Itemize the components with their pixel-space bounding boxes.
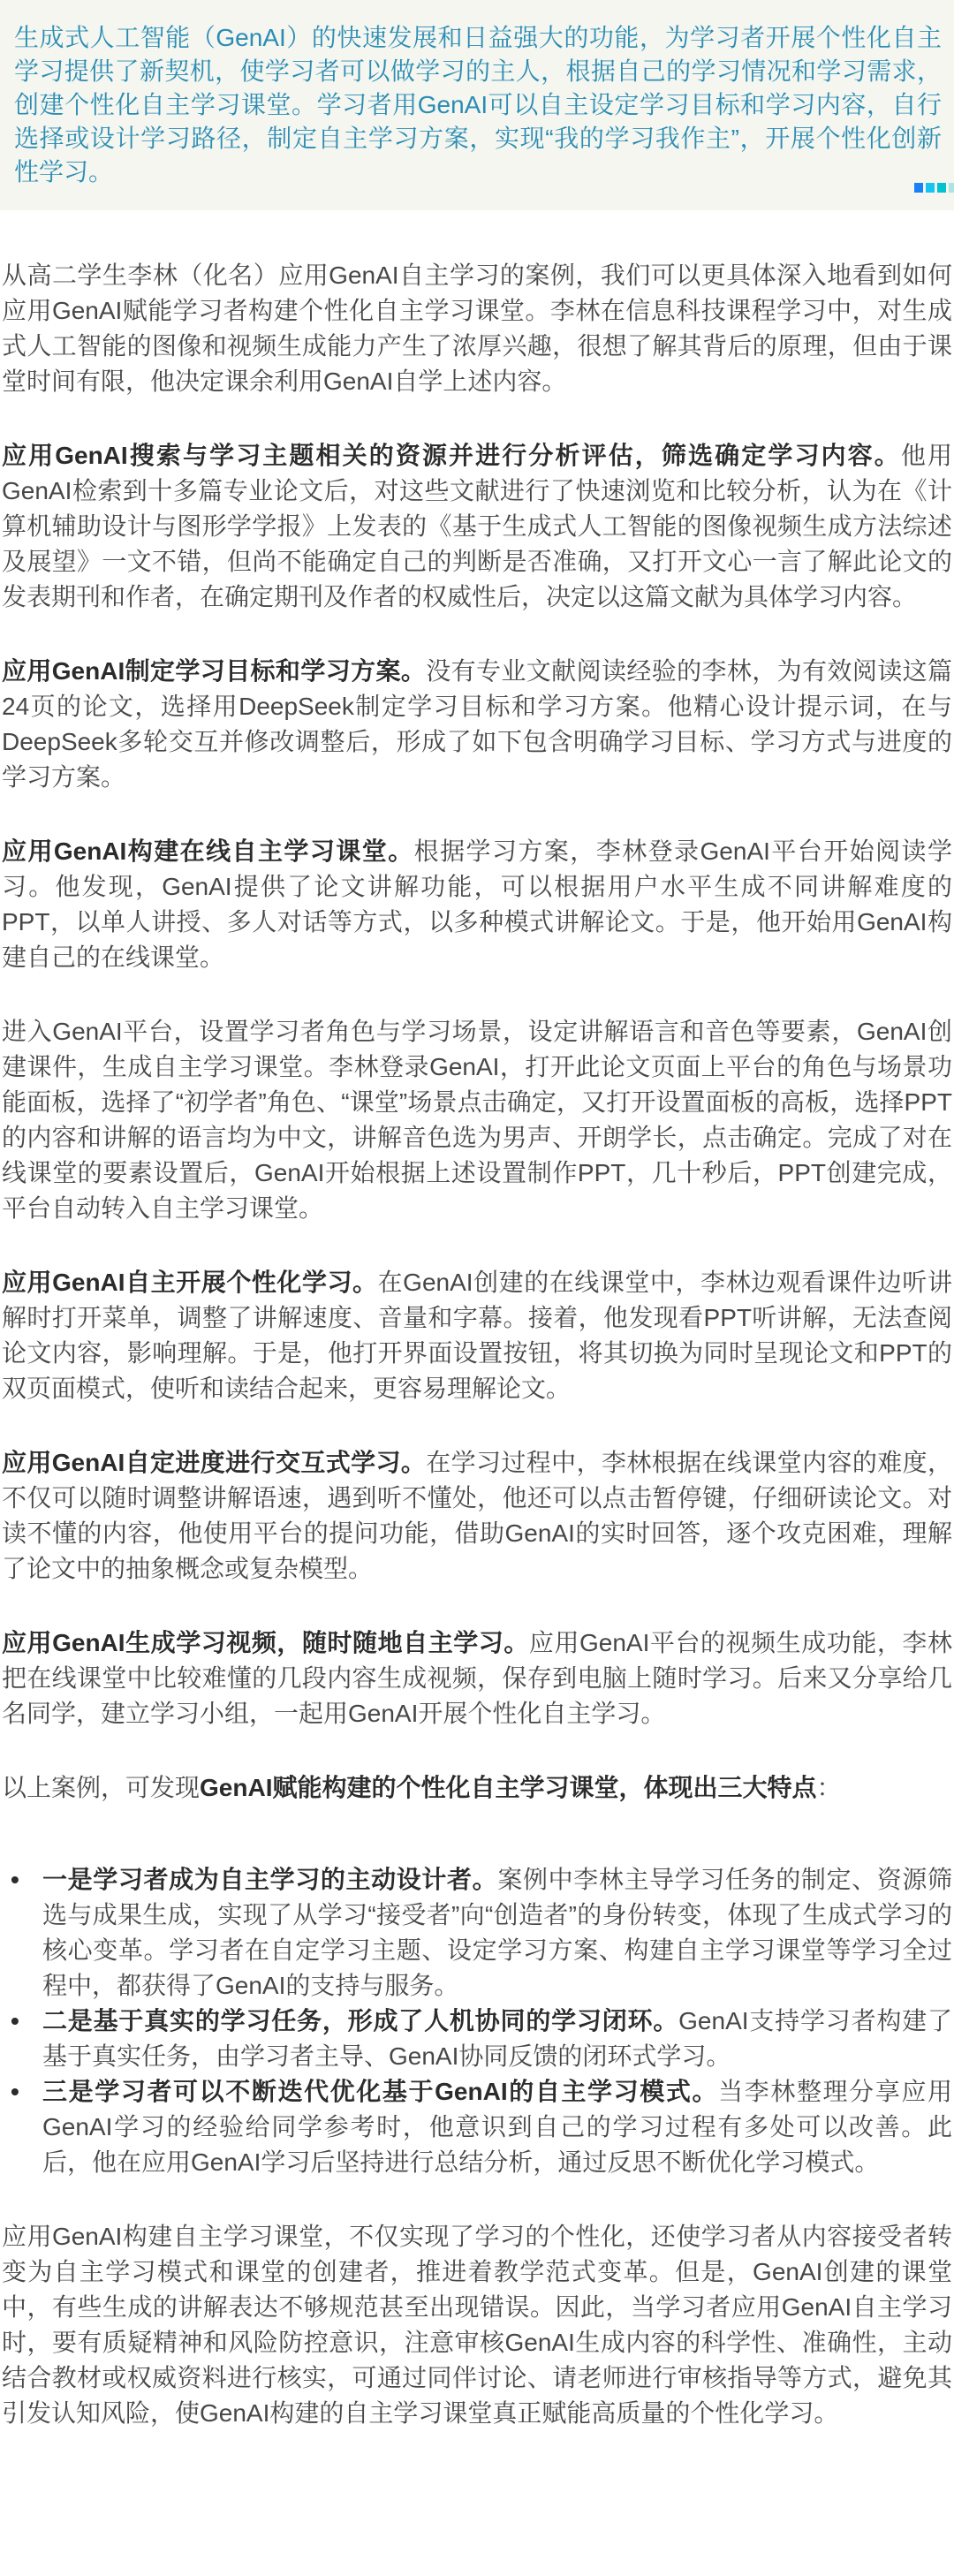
bullet-lead: 三是学习者可以不断迭代优化基于GenAI的自主学习模式。 — [42, 2078, 718, 2105]
decoration-square-blue — [914, 183, 923, 193]
decoration-square-pale — [949, 183, 954, 193]
bullet-dot: • — [11, 1862, 19, 1898]
article-paragraph: 应用GenAI构建在线自主学习课堂。根据学习方案，李林登录GenAI平台开始阅读… — [2, 834, 952, 975]
decoration-square-teal — [937, 183, 946, 193]
bullet-lead: 一是学习者成为自主学习的主动设计者。 — [42, 1866, 497, 1893]
article-paragraph: 应用GenAI自主开展个性化学习。在GenAI创建的在线课堂中，李林边观看课件边… — [2, 1265, 952, 1406]
paragraph-lead: 应用GenAI制定学习目标和学习方案。 — [2, 657, 426, 685]
paragraph-lead: 应用GenAI构建在线自主学习课堂。 — [2, 837, 414, 865]
list-item: •一是学习者成为自主学习的主动设计者。案例中李林主导学习任务的制定、资源筛选与成… — [2, 1862, 952, 2004]
features-intro-bold: GenAI赋能构建的个性化自主学习课堂，体现出三大特点 — [200, 1774, 816, 1801]
bullet-lead: 二是基于真实的学习任务，形成了人机协同的学习闭环。 — [42, 2007, 678, 2034]
features-intro-prefix: 以上案例，可发现 — [2, 1774, 200, 1801]
bullet-dot: • — [11, 2004, 19, 2039]
features-intro-suffix: ： — [816, 1774, 841, 1801]
article-paragraph: 应用GenAI自定进度进行交互式学习。在学习过程中，李林根据在线课堂内容的难度，… — [2, 1445, 952, 1587]
article-paragraph: 应用GenAI搜索与学习主题相关的资源并进行分析评估，筛选确定学习内容。他用Ge… — [2, 438, 952, 615]
article-paragraph: 应用GenAI制定学习目标和学习方案。没有专业文献阅读经验的李林，为有效阅读这篇… — [2, 654, 952, 795]
feature-list: •一是学习者成为自主学习的主动设计者。案例中李林主导学习任务的制定、资源筛选与成… — [2, 1862, 952, 2180]
article-paragraph: 从高二学生李林（化名）应用GenAI自主学习的案例，我们可以更具体深入地看到如何… — [2, 258, 952, 399]
paragraph-lead: 应用GenAI生成学习视频，随时随地自主学习。 — [2, 1629, 529, 1656]
article-paragraph: 进入GenAI平台，设置学习者角色与学习场景，设定讲解语言和音色等要素，GenA… — [2, 1014, 952, 1226]
paragraph-lead: 应用GenAI自主开展个性化学习。 — [2, 1269, 378, 1296]
paragraph-lead: 应用GenAI自定进度进行交互式学习。 — [2, 1449, 426, 1476]
closing-paragraph: 应用GenAI构建自主学习课堂，不仅实现了学习的个性化，还使学习者从内容接受者转… — [2, 2219, 952, 2431]
abstract-text: 生成式人工智能（GenAI）的快速发展和日益强大的功能，为学习者开展个性化自主学… — [14, 21, 942, 189]
list-item: •二是基于真实的学习任务，形成了人机协同的学习闭环。GenAI支持学习者构建了基… — [2, 2004, 952, 2074]
paragraph-lead: 应用GenAI搜索与学习主题相关的资源并进行分析评估，筛选确定学习内容。 — [2, 442, 901, 469]
article-body: 从高二学生李林（化名）应用GenAI自主学习的案例，我们可以更具体深入地看到如何… — [0, 210, 954, 2576]
abstract-header: 生成式人工智能（GenAI）的快速发展和日益强大的功能，为学习者开展个性化自主学… — [0, 0, 954, 210]
list-item: •三是学习者可以不断迭代优化基于GenAI的自主学习模式。当李林整理分享应用Ge… — [2, 2074, 952, 2180]
bullet-dot: • — [11, 2074, 19, 2110]
features-intro: 以上案例，可发现GenAI赋能构建的个性化自主学习课堂，体现出三大特点： — [2, 1770, 952, 1806]
decoration-square-cyan — [926, 183, 935, 193]
decoration-squares — [914, 183, 954, 193]
paragraph-text: 从高二学生李林（化名）应用GenAI自主学习的案例，我们可以更具体深入地看到如何… — [2, 261, 952, 395]
paragraph-text: 应用GenAI构建自主学习课堂，不仅实现了学习的个性化，还使学习者从内容接受者转… — [2, 2223, 952, 2427]
paragraph-text: 进入GenAI平台，设置学习者角色与学习场景，设定讲解语言和音色等要素，GenA… — [2, 1018, 952, 1222]
article-paragraph: 应用GenAI生成学习视频，随时随地自主学习。应用GenAI平台的视频生成功能，… — [2, 1625, 952, 1731]
